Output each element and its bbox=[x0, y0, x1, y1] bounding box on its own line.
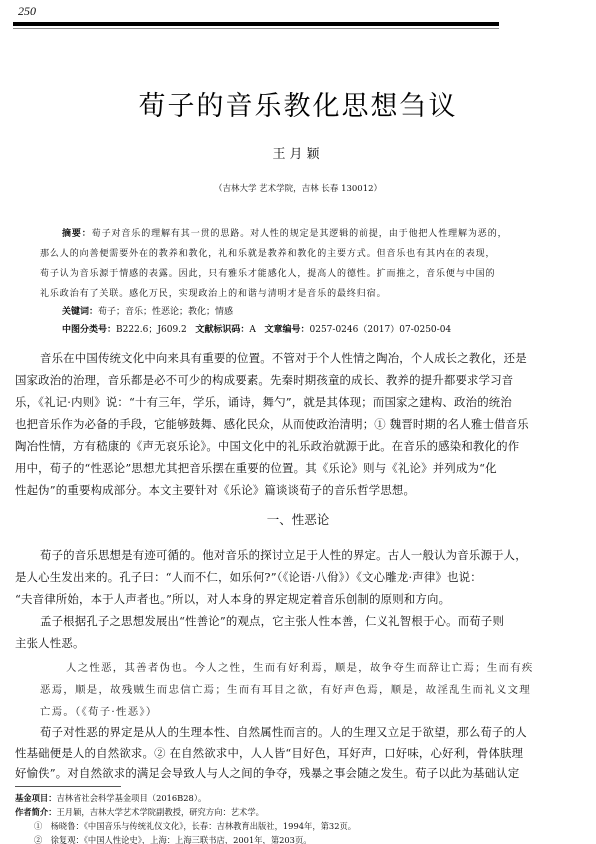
abstract-label: 摘要： bbox=[62, 229, 92, 239]
abstract-line: 荀子认为音乐源于情感的表露。因此，只有雅乐才能感化人，提高人的德性。扩而推之，音… bbox=[40, 266, 495, 279]
clc-label: 中图分类号： bbox=[62, 325, 116, 335]
body-line: 孟子根据孔子之思想发展出“性善论”的观点，它主张人性本善，仁义礼智根于心。而荀子… bbox=[40, 613, 504, 629]
author-footnote: 作者简介：王月颖，吉林大学艺术学院副教授，研究方向：艺术学。 bbox=[15, 806, 264, 818]
quote-line: 恶焉，顺是，故残贼生而忠信亡焉；生而有耳目之欲，有好声色焉，顺是，故淫乱生而礼义… bbox=[40, 681, 531, 696]
body-line: 也把音乐作为必备的手段，它能够鼓舞、感化民众，从而使政治清明；① 魏晋时期的名人… bbox=[15, 416, 529, 432]
body-line: 陶冶性情，方有嵇康的《声无哀乐论》。中国文化中的礼乐政治就源于此。在音乐的感染和… bbox=[15, 438, 519, 454]
abstract-line: 礼乐政治有了关联。感化万民，实现政治上的和谐与清明才是音乐的最终归宿。 bbox=[40, 286, 387, 299]
quote-line: 亡焉。（《荀子·性恶》） bbox=[40, 703, 158, 718]
doc-code-label: 文献标识码： bbox=[195, 325, 249, 335]
body-line: 荀子对性恶的界定是从人的生理本性、自然属性而言的。人的生理又立足于欲望，那么荀子… bbox=[40, 724, 527, 740]
footnote-rule bbox=[15, 786, 121, 787]
body-line: 乐，《礼记·内则》说：“十有三年，学乐，诵诗，舞勺”，就是其体现；而国家之建构、… bbox=[15, 394, 512, 410]
section-heading: 一、性恶论 bbox=[0, 510, 596, 528]
keywords-line: 关键词：荀子；音乐；性恶论；教化；情感 bbox=[62, 304, 233, 317]
header-rule-thick bbox=[13, 22, 499, 26]
classification-line: 中图分类号：B222.6；J609.2 文献标识码：A 文章编号：0257-02… bbox=[62, 322, 451, 335]
abstract-line: 摘要：荀子对音乐的理解有其一贯的思路。对人性的规定是其逻辑的前提，由于他把人性理… bbox=[62, 226, 508, 239]
abstract-line: 那么人的向善便需要外在的教养和教化，礼和乐就是教养和教化的主要方式。但音乐也有其… bbox=[40, 246, 495, 259]
author-name: 王月颖 bbox=[0, 143, 596, 162]
author-bio-label: 作者简介： bbox=[15, 807, 57, 817]
keywords-label: 关键词： bbox=[62, 307, 98, 317]
body-line: 好愉佚”。对自然欲求的满足会导致人与人之间的争夺，残暴之事会随之发生。荀子以此为… bbox=[15, 765, 519, 781]
body-line: 主张人性恶。 bbox=[15, 635, 85, 651]
doc-code-value: A bbox=[249, 325, 256, 335]
body-line: 荀子的音乐思想是有迹可循的。他对音乐的探讨立足于人性的界定。古人一般认为音乐源于… bbox=[40, 547, 527, 563]
body-line: 性起伪”的重要构成部分。本文主要针对《乐论》篇谈谈荀子的音乐哲学思想。 bbox=[15, 482, 415, 498]
fund-value: 吉林省社会科学基金项目（2016B28）。 bbox=[57, 793, 207, 803]
header-rule-thin bbox=[13, 28, 499, 29]
article-title: 荀子的音乐教化思想刍议 bbox=[0, 84, 596, 123]
article-no-label: 文章编号： bbox=[264, 325, 309, 335]
clc-value: B222.6；J609.2 bbox=[116, 325, 187, 335]
author-bio-value: 王月颖，吉林大学艺术学院副教授，研究方向：艺术学。 bbox=[57, 807, 264, 817]
body-line: 国家政治的治理，音乐都是必不可少的构成要素。先秦时期孩童的成长、教养的提升都要求… bbox=[15, 372, 513, 388]
fund-label: 基金项目： bbox=[15, 793, 57, 803]
page-number: 250 bbox=[18, 4, 36, 19]
reference-footnote: ② 徐复观：《中国人性论史》，上海：上海三联书店，2001年，第203页。 bbox=[34, 834, 312, 844]
body-line: “夫音律所始，本于人声者也。”所以，对人本身的界定规定着音乐创制的原则和方向。 bbox=[15, 591, 450, 607]
author-affiliation: （吉林大学 艺术学院，吉林 长春 130012） bbox=[0, 182, 596, 194]
abstract-text: 荀子对音乐的理解有其一贯的思路。对人性的规定是其逻辑的前提，由于他把人性理解为恶… bbox=[92, 229, 508, 239]
fund-footnote: 基金项目：吉林省社会科学基金项目（2016B28）。 bbox=[15, 792, 206, 804]
body-line: 性基础便是人的自然欲求。② 在自然欲求中，人人皆“目好色，耳好声，口好味，心好利… bbox=[15, 745, 523, 761]
body-line: 用中，荀子的“性恶论”思想尤其把音乐摆在重要的位置。其《乐论》则与《礼论》并列成… bbox=[15, 460, 497, 476]
reference-footnote: ① 杨晓鲁：《中国音乐与传统礼仪文化》，长春：吉林教育出版社，1994年，第32… bbox=[34, 820, 356, 832]
body-line: 音乐在中国传统文化中向来具有重要的位置。不管对于个人性情之陶冶，个人成长之教化，… bbox=[40, 350, 527, 366]
keywords-value: 荀子；音乐；性恶论；教化；情感 bbox=[98, 307, 233, 317]
body-line: 是人心生发出来的。孔子曰：“人而不仁，如乐何?”（《论语·八佾》）《文心雕龙·声… bbox=[15, 569, 482, 585]
article-no-value: 0257-0246（2017）07-0250-04 bbox=[310, 325, 452, 335]
quote-line: 人之性恶，其善者伪也。今人之性，生而有好利焉，顺是，故争夺生而辞让亡焉；生而有疾 bbox=[66, 659, 534, 674]
